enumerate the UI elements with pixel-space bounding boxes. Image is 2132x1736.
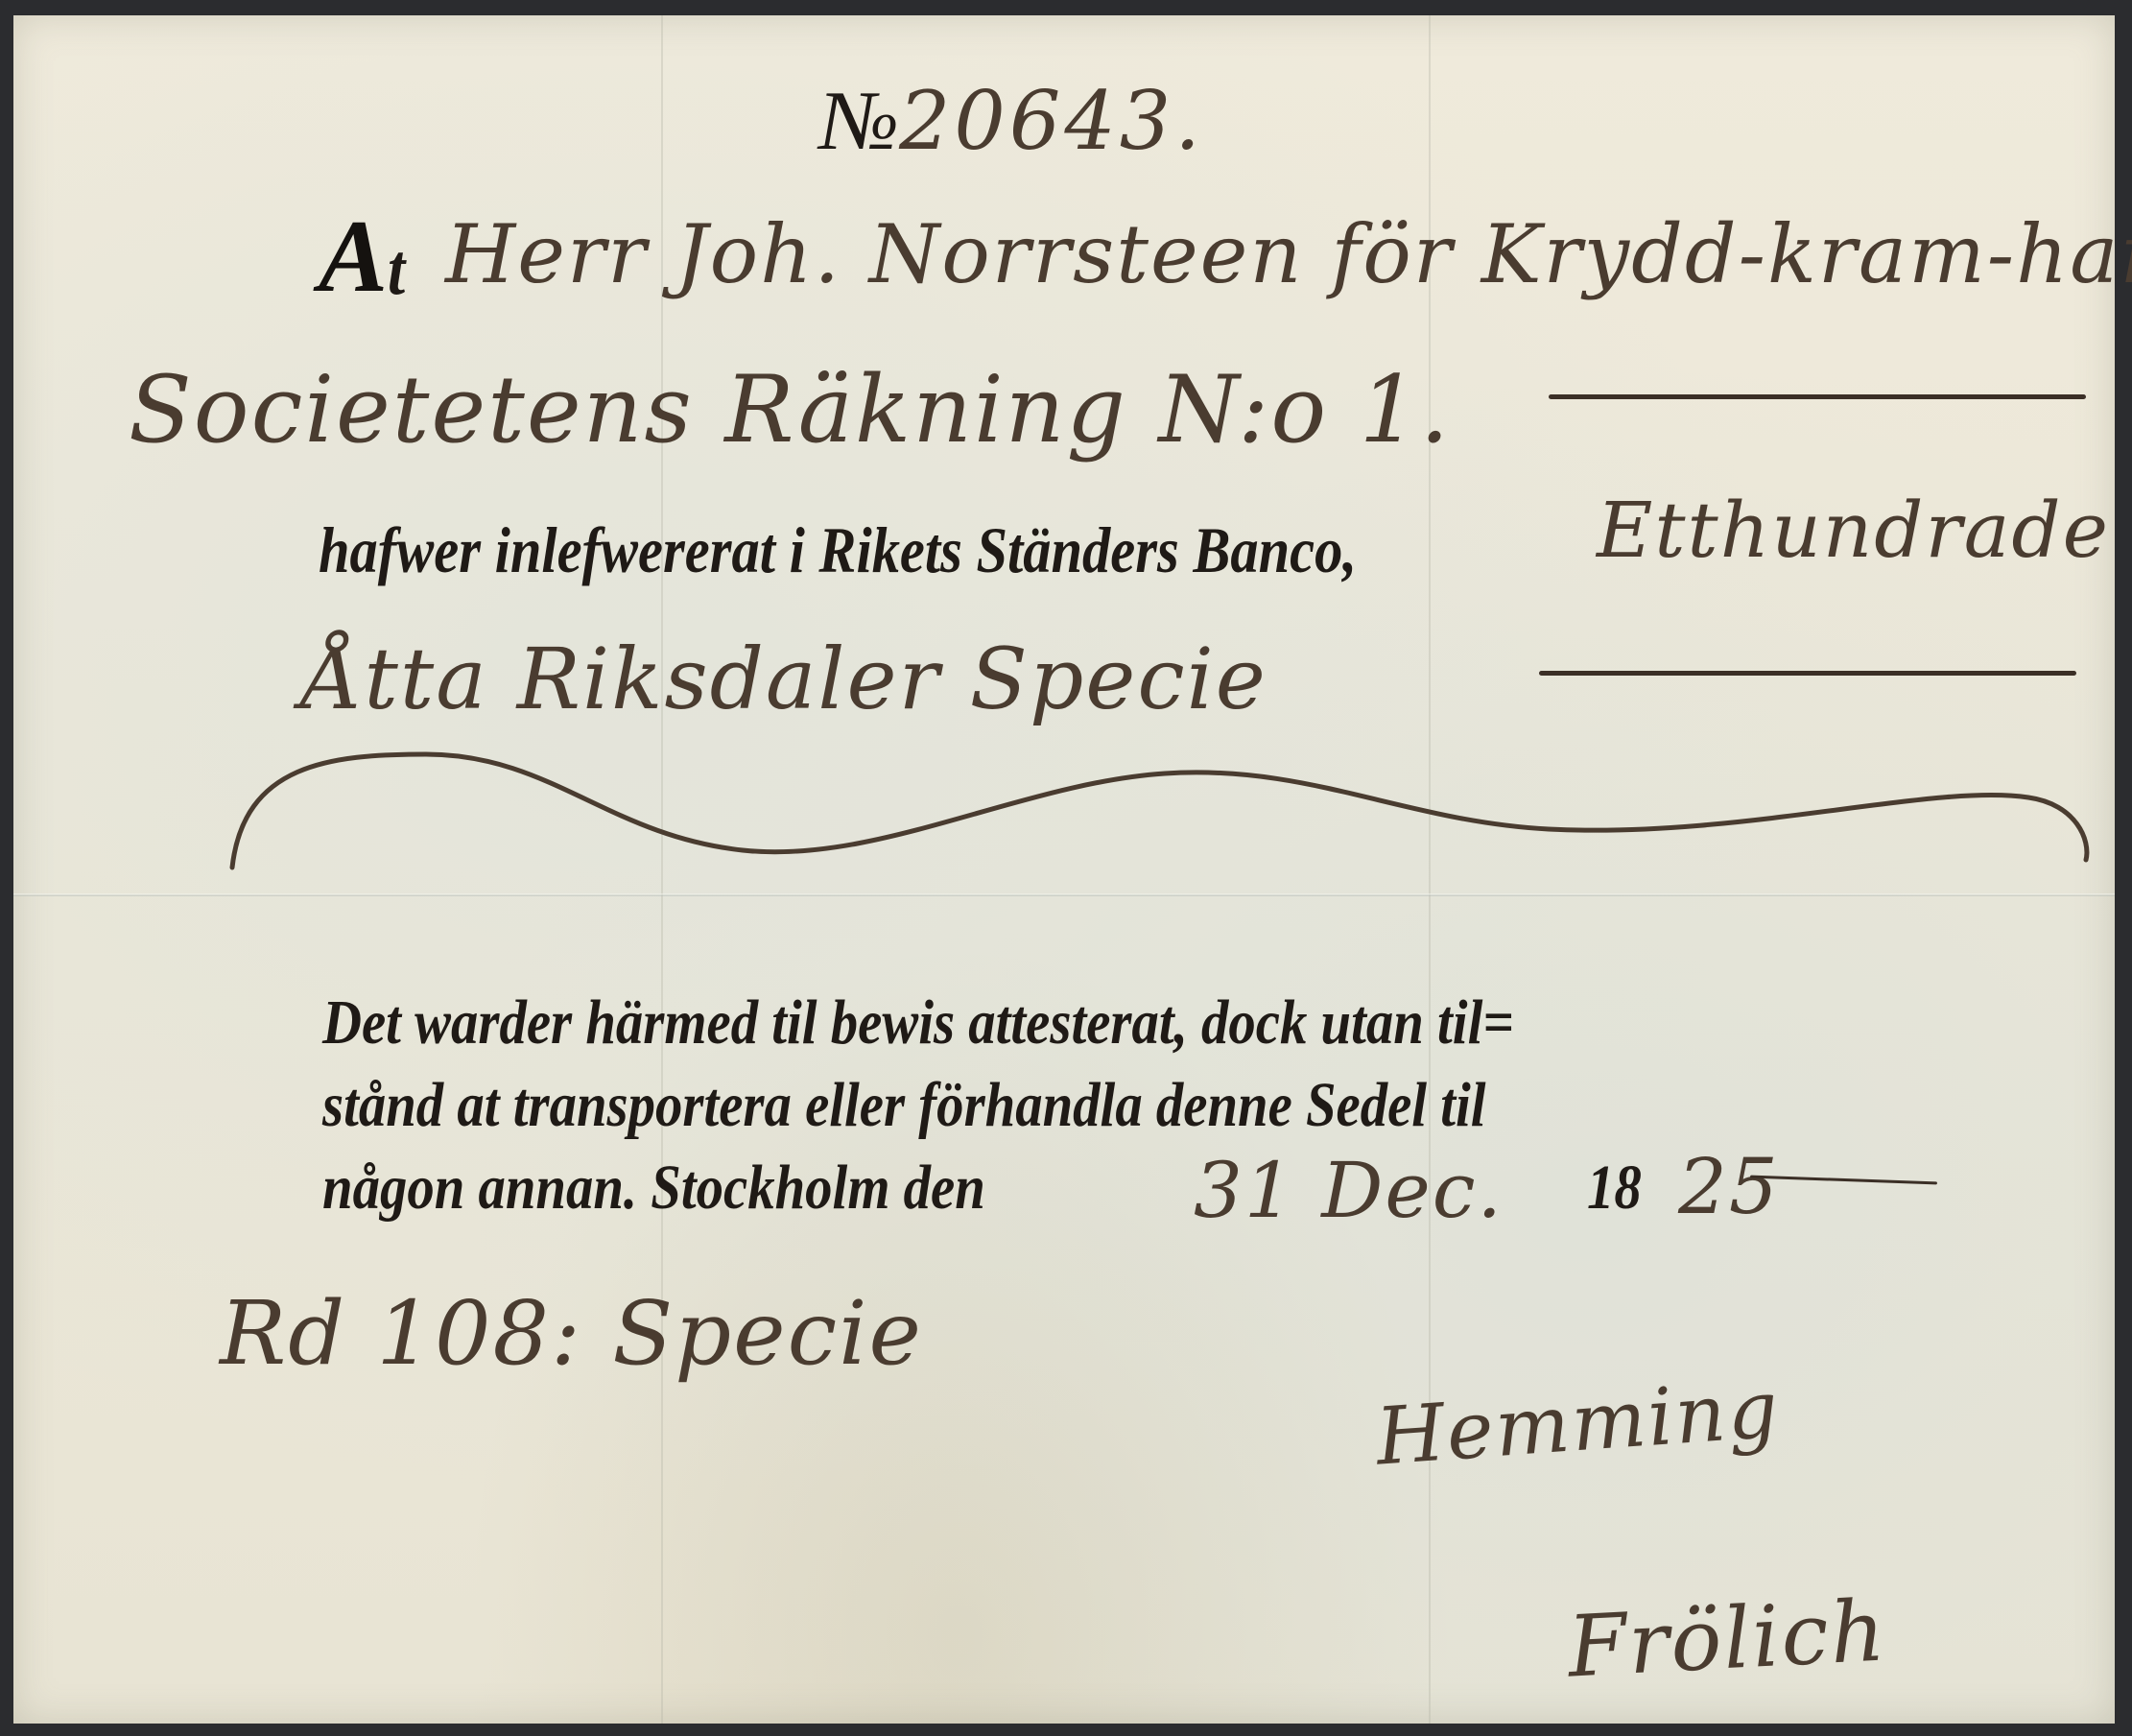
attestation-line-1: Det warder härmed til bewis attesterat, … xyxy=(322,987,1514,1059)
printed-year-prefix: 18 xyxy=(1587,1152,1642,1225)
pen-flourish xyxy=(13,15,2115,1724)
handwritten-amount-figure: Rd 108: Specie xyxy=(220,1282,923,1385)
attestation-line-3: någon annan. Stockholm den xyxy=(322,1152,985,1225)
attestation-line-2: stånd at transportera eller förhandla de… xyxy=(322,1069,1486,1142)
handwritten-year-suffix: 25 xyxy=(1678,1142,1780,1231)
document-page: №20643. A t Herr Joh. Norrsteen för Kryd… xyxy=(13,15,2115,1724)
signature-2: Frölich xyxy=(1566,1581,1889,1696)
handwritten-date: 31 Dec. xyxy=(1194,1146,1504,1235)
